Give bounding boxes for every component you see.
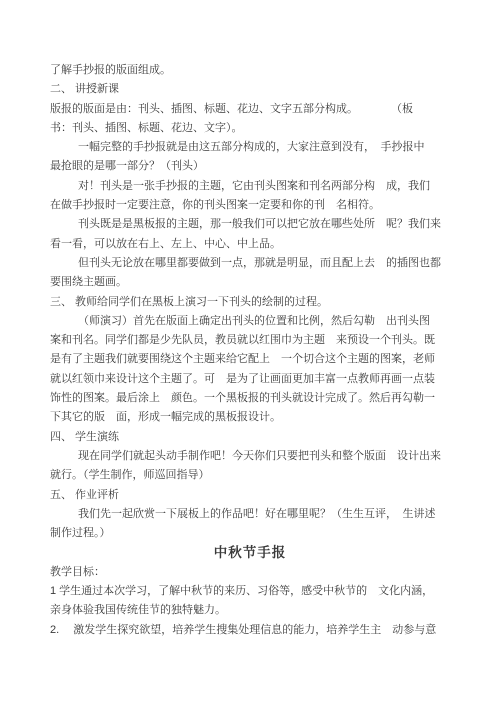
document-title: 中秋节手报: [50, 543, 450, 562]
text-line: 看一看，可以放在右上、左上、中心、中上品。: [50, 235, 450, 254]
text-line-section-heading: 二、 讲授新课: [50, 80, 450, 99]
text-line: 书：刊头、插图、标题、花边、文字）。: [50, 119, 450, 138]
text-line: 最抢眼的是哪一部分？（刊头）: [50, 157, 450, 176]
text-line: 就行。（学生制作，师巡回指导）: [50, 466, 450, 485]
text-line: 亲身体验我国传统佳节的独特魅力。: [50, 601, 450, 620]
text-line: 就以红领巾来设计这个主题了。可 是为了让画面更加丰富一点教师再画一点装: [50, 370, 450, 389]
text-line: 要围绕主题画。: [50, 273, 450, 292]
text-line: （师演习）首先在版面上确定出刊头的位置和比例，然后勾勒 出刊头图: [50, 312, 450, 331]
text-line: 案和刊名。同学们都是少先队员，教员就以红围巾为主题 来预设一个刊头。既: [50, 331, 450, 350]
document-body: 了解手抄报的版面组成。 二、 讲授新课 版报的版面是由：刊头、插图、标题、花边、…: [50, 61, 450, 640]
text-line: 1 学生通过本次学习，了解中秋节的来历、习俗等，感受中秋节的 文化内涵，: [50, 582, 450, 601]
text-line: 但刊头无论放在哪里都要做到一点，那就是明显，而且配上去 的插图也都: [50, 254, 450, 273]
document-page: 了解手抄报的版面组成。 二、 讲授新课 版报的版面是由：刊头、插图、标题、花边、…: [0, 0, 500, 707]
text-line: 在做手抄报时一定要注意，你的刊头图案一定要和你的刊 名相符。: [50, 196, 450, 215]
text-line-section-heading: 五、 作业评析: [50, 486, 450, 505]
text-line-section-heading: 四、 学生演练: [50, 428, 450, 447]
text-line: 一幅完整的手抄报就是由这五部分构成的，大家注意到没有， 手抄报中: [50, 138, 450, 157]
text-line: 刊头既是是黑板报的主题，那一般我们可以把它放在哪些处所 呢？我们来: [50, 215, 450, 234]
text-line: 是有了主题我们就要围绕这个主题来给它配上 一个切合这个主题的图案，老师: [50, 350, 450, 369]
text-line: 我们先一起欣赏一下展板上的作品吧！好在哪里呢？（生生互评， 生讲述: [50, 505, 450, 524]
text-line-section-heading: 三、 教师给同学们在黑板上演习一下刊头的绘制的过程。: [50, 293, 450, 312]
text-line: 2. 激发学生探究欲望，培养学生搜集处理信息的能力，培养学生主 动参与意: [50, 621, 450, 640]
text-line: 教学目标：: [50, 563, 450, 582]
text-line: 下其它的版 面，形成一幅完成的黑板报设计。: [50, 408, 450, 427]
text-line: 制作过程。）: [50, 524, 450, 543]
text-line: 现在同学们就起头动手制作吧！今天你们只要把刊头和整个版面 设计出来: [50, 447, 450, 466]
text-line: 了解手抄报的版面组成。: [50, 61, 450, 80]
text-line: 对！刊头是一张手抄报的主题，它由刊头图案和刊名两部分构 成，我们: [50, 177, 450, 196]
text-line: 饰性的图案。最后涂上 颜色。一个黑板报的刊头就设计完成了。然后再勾勒一: [50, 389, 450, 408]
text-line: 版报的版面是由：刊头、插图、标题、花边、文字五部分构成。 （板: [50, 100, 450, 119]
